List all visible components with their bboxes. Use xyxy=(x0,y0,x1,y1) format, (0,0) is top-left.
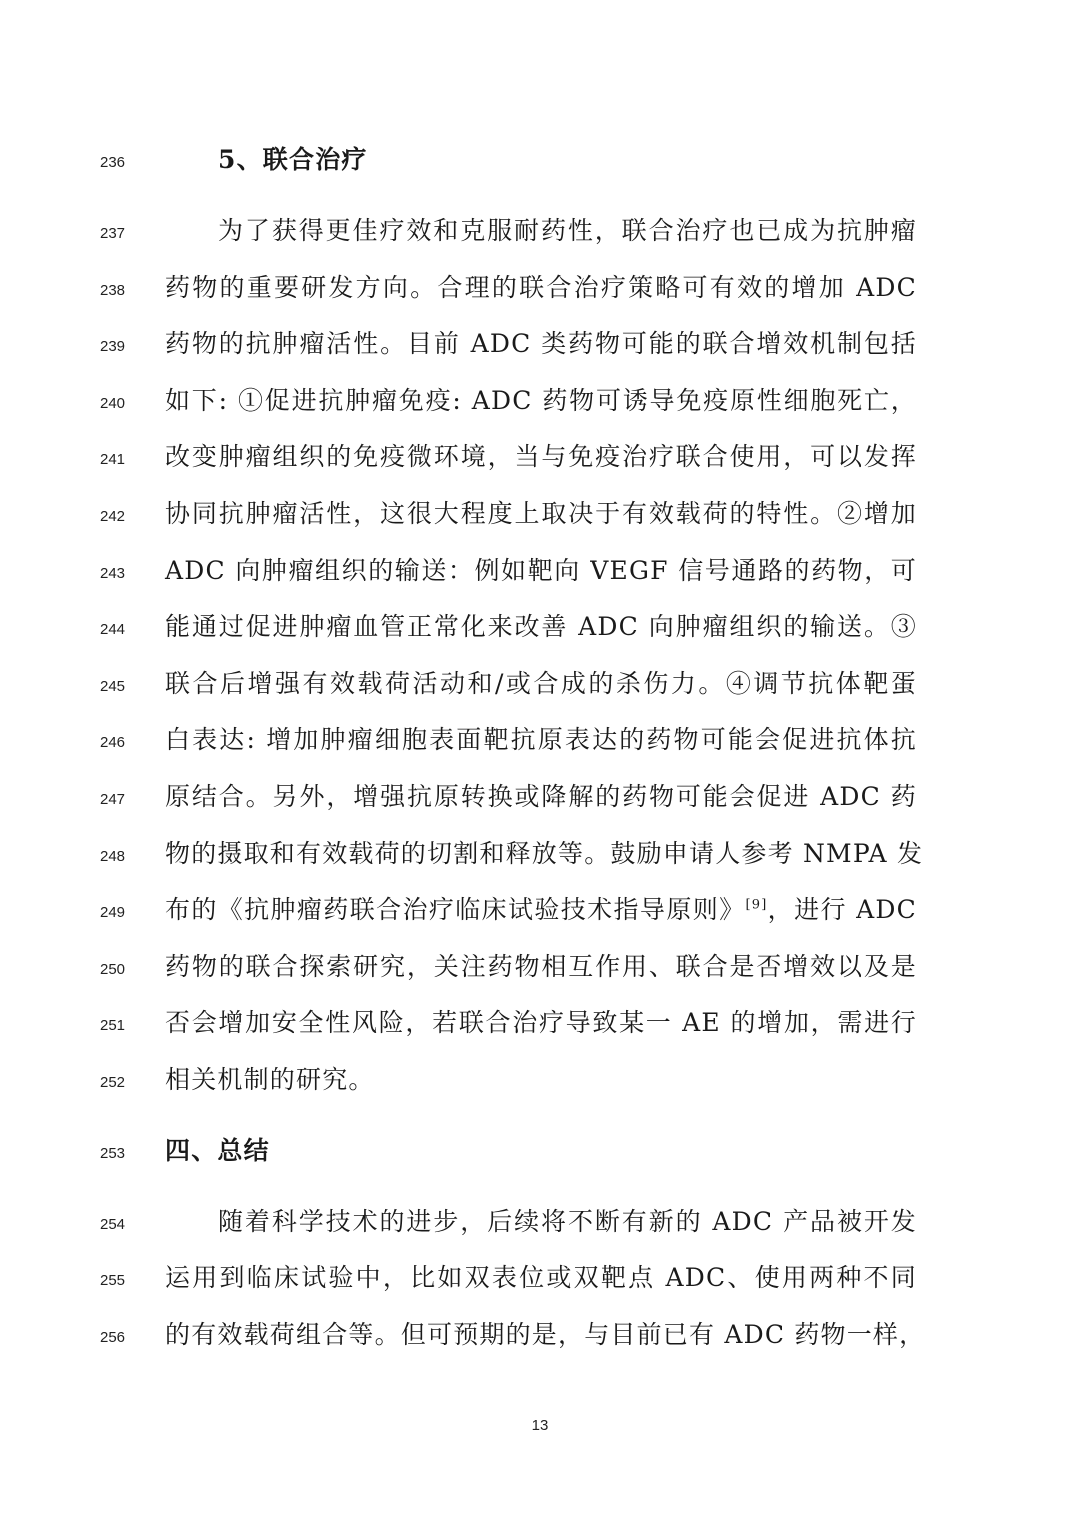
paragraph-text: 药物的联合探索研究，关注药物相互作用、联合是否增效以及是 xyxy=(165,947,917,987)
paragraph-text: 布的《抗肿瘤药联合治疗临床试验技术指导原则》[9]，进行 ADC xyxy=(165,890,917,930)
paragraph-text: 改变肿瘤组织的免疫微环境，当与免疫治疗联合使用，可以发挥 xyxy=(165,437,917,477)
line-number: 253 xyxy=(100,1145,140,1162)
line-number: 246 xyxy=(100,734,140,751)
line-number: 239 xyxy=(100,338,140,355)
paragraph-text: 运用到临床试验中，比如双表位或双靶点 ADC、使用两种不同 xyxy=(165,1258,917,1298)
text-line: 243 ADC 向肿瘤组织的输送：例如靶向 VEGF 信号通路的药物，可 xyxy=(0,551,1080,591)
text-line: 238 药物的重要研发方向。合理的联合治疗策略可有效的增加 ADC xyxy=(0,268,1080,308)
line-number: 237 xyxy=(100,225,140,242)
text-line: 255 运用到临床试验中，比如双表位或双靶点 ADC、使用两种不同 xyxy=(0,1258,1080,1298)
text-line: 237 为了获得更佳疗效和克服耐药性，联合治疗也已成为抗肿瘤 xyxy=(0,211,1080,251)
line-number: 249 xyxy=(100,904,140,921)
line-number: 256 xyxy=(100,1329,140,1346)
line-number: 252 xyxy=(100,1074,140,1091)
paragraph-text: 相关机制的研究。 xyxy=(165,1060,917,1100)
text-line: 239 药物的抗肿瘤活性。目前 ADC 类药物可能的联合增效机制包括 xyxy=(0,324,1080,364)
paragraph-text: 否会增加安全性风险，若联合治疗导致某一 AE 的增加，需进行 xyxy=(165,1003,917,1043)
paragraph-text: 的有效载荷组合等。但可预期的是，与目前已有 ADC 药物一样， xyxy=(165,1315,917,1355)
line-number: 236 xyxy=(100,154,140,171)
line-number: 245 xyxy=(100,678,140,695)
text-line: 247 原结合。另外，增强抗原转换或降解的药物可能会促进 ADC 药 xyxy=(0,777,1080,817)
paragraph-text: 随着科学技术的进步，后续将不断有新的 ADC 产品被开发 xyxy=(218,1202,917,1242)
line-number: 255 xyxy=(100,1272,140,1289)
line-number: 248 xyxy=(100,848,140,865)
line-number: 242 xyxy=(100,508,140,525)
paragraph-text: 为了获得更佳疗效和克服耐药性，联合治疗也已成为抗肿瘤 xyxy=(218,211,917,251)
paragraph-text: 白表达: 增加肿瘤细胞表面靶抗原表达的药物可能会促进抗体抗 xyxy=(165,720,917,760)
paragraph-text: 物的摄取和有效载荷的切割和释放等。鼓励申请人参考 NMPA 发 xyxy=(165,834,917,874)
citation-reference[interactable]: [9] xyxy=(745,898,767,913)
line-number: 243 xyxy=(100,565,140,582)
paragraph-text: 药物的抗肿瘤活性。目前 ADC 类药物可能的联合增效机制包括 xyxy=(165,324,917,364)
text-line: 244 能通过促进肿瘤血管正常化来改善 ADC 向肿瘤组织的输送。③ xyxy=(0,607,1080,647)
section-heading: 5、联合治疗 xyxy=(218,140,970,180)
paragraph-text: 药物的重要研发方向。合理的联合治疗策略可有效的增加 ADC xyxy=(165,268,917,308)
text-line: 241 改变肿瘤组织的免疫微环境，当与免疫治疗联合使用，可以发挥 xyxy=(0,437,1080,477)
line-number: 238 xyxy=(100,282,140,299)
line-number: 244 xyxy=(100,621,140,638)
line-number: 251 xyxy=(100,1017,140,1034)
text-line: 242 协同抗肿瘤活性，这很大程度上取决于有效载荷的特性。②增加 xyxy=(0,494,1080,534)
section-heading: 四、总结 xyxy=(165,1131,917,1171)
paragraph-text: ADC 向肿瘤组织的输送：例如靶向 VEGF 信号通路的药物，可 xyxy=(165,551,917,591)
page-number: 13 xyxy=(0,1417,1080,1434)
text-line: 250 药物的联合探索研究，关注药物相互作用、联合是否增效以及是 xyxy=(0,947,1080,987)
text-line: 246 白表达: 增加肿瘤细胞表面靶抗原表达的药物可能会促进抗体抗 xyxy=(0,720,1080,760)
text-line: 249 布的《抗肿瘤药联合治疗临床试验技术指导原则》[9]，进行 ADC xyxy=(0,890,1080,930)
text-line: 256 的有效载荷组合等。但可预期的是，与目前已有 ADC 药物一样， xyxy=(0,1315,1080,1355)
text-line: 240 如下: ①促进抗肿瘤免疫: ADC 药物可诱导免疫原性细胞死亡， xyxy=(0,381,1080,421)
section-heading-line: 236 5、联合治疗 xyxy=(0,140,1080,180)
paragraph-text: 如下: ①促进抗肿瘤免疫: ADC 药物可诱导免疫原性细胞死亡， xyxy=(165,381,917,421)
text-line: 245 联合后增强有效载荷活动和/或合成的杀伤力。④调节抗体靶蛋 xyxy=(0,664,1080,704)
line-number: 254 xyxy=(100,1216,140,1233)
line-number: 241 xyxy=(100,451,140,468)
text-line: 252 相关机制的研究。 xyxy=(0,1060,1080,1100)
text-line: 248 物的摄取和有效载荷的切割和释放等。鼓励申请人参考 NMPA 发 xyxy=(0,834,1080,874)
text-segment: 布的《抗肿瘤药联合治疗临床试验技术指导原则》 xyxy=(165,895,745,924)
paragraph-text: 协同抗肿瘤活性，这很大程度上取决于有效载荷的特性。②增加 xyxy=(165,494,917,534)
text-line: 254 随着科学技术的进步，后续将不断有新的 ADC 产品被开发 xyxy=(0,1202,1080,1242)
paragraph-text: 能通过促进肿瘤血管正常化来改善 ADC 向肿瘤组织的输送。③ xyxy=(165,607,917,647)
line-number: 247 xyxy=(100,791,140,808)
paragraph-text: 联合后增强有效载荷活动和/或合成的杀伤力。④调节抗体靶蛋 xyxy=(165,664,917,704)
line-number: 240 xyxy=(100,395,140,412)
paragraph-text: 原结合。另外，增强抗原转换或降解的药物可能会促进 ADC 药 xyxy=(165,777,917,817)
line-number: 250 xyxy=(100,961,140,978)
section-heading-line: 253 四、总结 xyxy=(0,1131,1080,1171)
text-segment: ，进行 ADC xyxy=(768,895,918,924)
text-line: 251 否会增加安全性风险，若联合治疗导致某一 AE 的增加，需进行 xyxy=(0,1003,1080,1043)
